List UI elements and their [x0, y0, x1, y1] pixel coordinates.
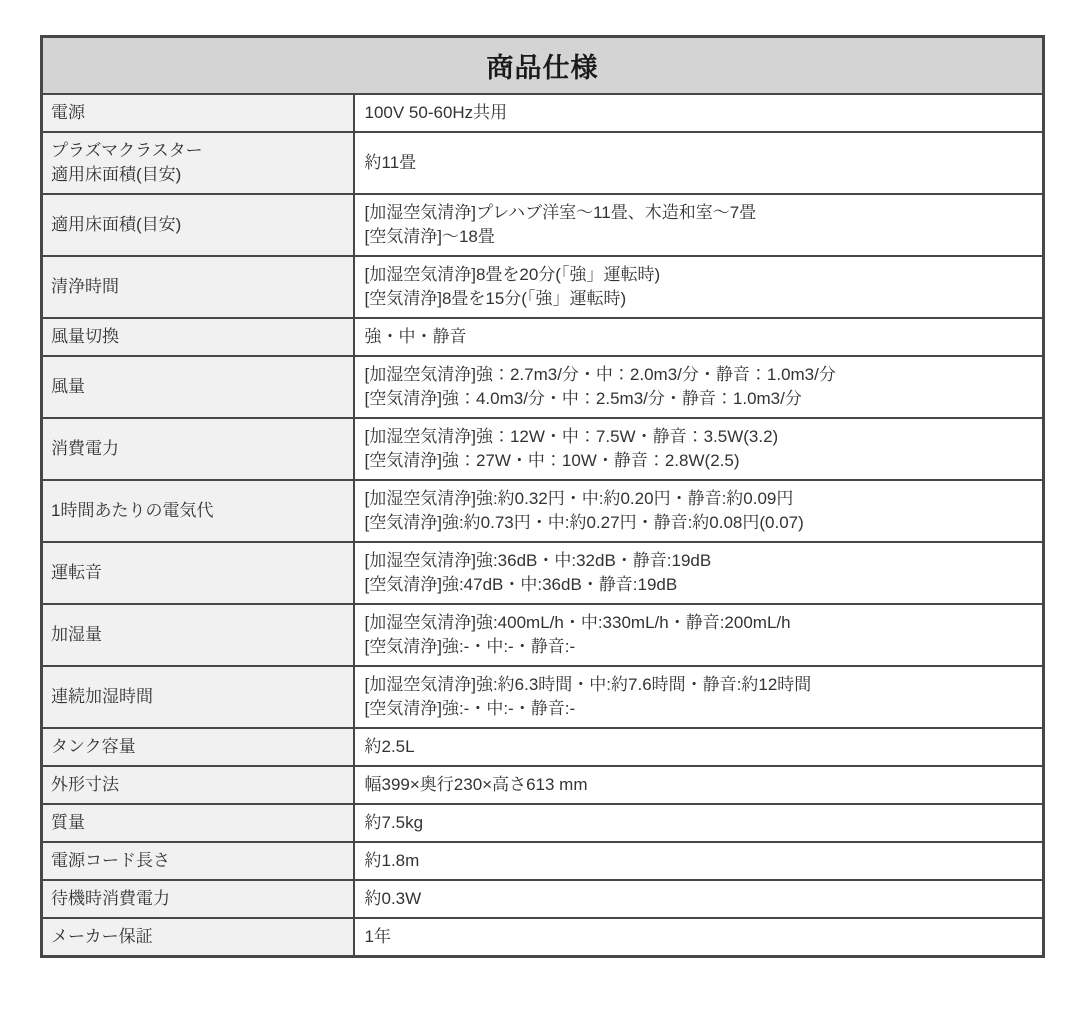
spec-row-value: 約2.5L [354, 728, 1044, 766]
spec-row: 外形寸法幅399×奥行230×高さ613 mm [42, 766, 1044, 804]
spec-row: 電源コード長さ約1.8m [42, 842, 1044, 880]
spec-row-value: [加湿空気清浄]強:約6.3時間・中:約7.6時間・静音:約12時間 [空気清浄… [354, 666, 1044, 728]
spec-row-label: 1時間あたりの電気代 [42, 480, 354, 542]
spec-row: 適用床面積(目安)[加湿空気清浄]プレハブ洋室～11畳、木造和室～7畳 [空気清… [42, 194, 1044, 256]
spec-row: メーカー保証1年 [42, 918, 1044, 957]
spec-row-value: 1年 [354, 918, 1044, 957]
spec-table: 商品仕様 電源100V 50-60Hz共用プラズマクラスター 適用床面積(目安)… [40, 35, 1045, 958]
spec-row-value: [加湿空気清浄]8畳を20分(「強」運転時) [空気清浄]8畳を15分(「強」運… [354, 256, 1044, 318]
spec-row: 消費電力[加湿空気清浄]強：12W・中：7.5W・静音：3.5W(3.2) [空… [42, 418, 1044, 480]
spec-row: 運転音[加湿空気清浄]強:36dB・中:32dB・静音:19dB [空気清浄]強… [42, 542, 1044, 604]
spec-row-value: [加湿空気清浄]強:36dB・中:32dB・静音:19dB [空気清浄]強:47… [354, 542, 1044, 604]
spec-title-row: 商品仕様 [42, 37, 1044, 95]
spec-row-value: [加湿空気清浄]強:400mL/h・中:330mL/h・静音:200mL/h [… [354, 604, 1044, 666]
spec-page: 商品仕様 電源100V 50-60Hz共用プラズマクラスター 適用床面積(目安)… [40, 35, 1045, 958]
spec-row: 風量切換強・中・静音 [42, 318, 1044, 356]
spec-row-label: タンク容量 [42, 728, 354, 766]
spec-row-value: 100V 50-60Hz共用 [354, 94, 1044, 132]
spec-row-value: 約0.3W [354, 880, 1044, 918]
spec-row-label: 電源 [42, 94, 354, 132]
spec-row-value: 幅399×奥行230×高さ613 mm [354, 766, 1044, 804]
spec-row: 清浄時間[加湿空気清浄]8畳を20分(「強」運転時) [空気清浄]8畳を15分(… [42, 256, 1044, 318]
spec-row: タンク容量約2.5L [42, 728, 1044, 766]
spec-row-label: 適用床面積(目安) [42, 194, 354, 256]
spec-row-value: 約7.5kg [354, 804, 1044, 842]
spec-row: 加湿量[加湿空気清浄]強:400mL/h・中:330mL/h・静音:200mL/… [42, 604, 1044, 666]
spec-row-label: 電源コード長さ [42, 842, 354, 880]
spec-row: 電源100V 50-60Hz共用 [42, 94, 1044, 132]
spec-row-label: メーカー保証 [42, 918, 354, 957]
spec-row-label: プラズマクラスター 適用床面積(目安) [42, 132, 354, 194]
spec-row-label: 待機時消費電力 [42, 880, 354, 918]
spec-row: 待機時消費電力約0.3W [42, 880, 1044, 918]
spec-row-value: 約11畳 [354, 132, 1044, 194]
spec-row-label: 加湿量 [42, 604, 354, 666]
spec-row-label: 清浄時間 [42, 256, 354, 318]
spec-row: プラズマクラスター 適用床面積(目安)約11畳 [42, 132, 1044, 194]
spec-row-value: [加湿空気清浄]強：2.7m3/分・中：2.0m3/分・静音：1.0m3/分 [… [354, 356, 1044, 418]
spec-row-label: 連続加湿時間 [42, 666, 354, 728]
spec-row-label: 外形寸法 [42, 766, 354, 804]
spec-row-value: [加湿空気清浄]強：12W・中：7.5W・静音：3.5W(3.2) [空気清浄]… [354, 418, 1044, 480]
spec-row-value: 約1.8m [354, 842, 1044, 880]
spec-table-body: 電源100V 50-60Hz共用プラズマクラスター 適用床面積(目安)約11畳適… [42, 94, 1044, 957]
spec-row-label: 運転音 [42, 542, 354, 604]
table-title: 商品仕様 [42, 37, 1044, 95]
spec-row-value: [加湿空気清浄]強:約0.32円・中:約0.20円・静音:約0.09円 [空気清… [354, 480, 1044, 542]
spec-row-value: [加湿空気清浄]プレハブ洋室～11畳、木造和室～7畳 [空気清浄]～18畳 [354, 194, 1044, 256]
spec-row-value: 強・中・静音 [354, 318, 1044, 356]
spec-row-label: 風量 [42, 356, 354, 418]
spec-row: 連続加湿時間[加湿空気清浄]強:約6.3時間・中:約7.6時間・静音:約12時間… [42, 666, 1044, 728]
spec-row: 風量[加湿空気清浄]強：2.7m3/分・中：2.0m3/分・静音：1.0m3/分… [42, 356, 1044, 418]
spec-row: 1時間あたりの電気代[加湿空気清浄]強:約0.32円・中:約0.20円・静音:約… [42, 480, 1044, 542]
spec-row-label: 風量切換 [42, 318, 354, 356]
spec-row-label: 質量 [42, 804, 354, 842]
spec-row-label: 消費電力 [42, 418, 354, 480]
spec-row: 質量約7.5kg [42, 804, 1044, 842]
